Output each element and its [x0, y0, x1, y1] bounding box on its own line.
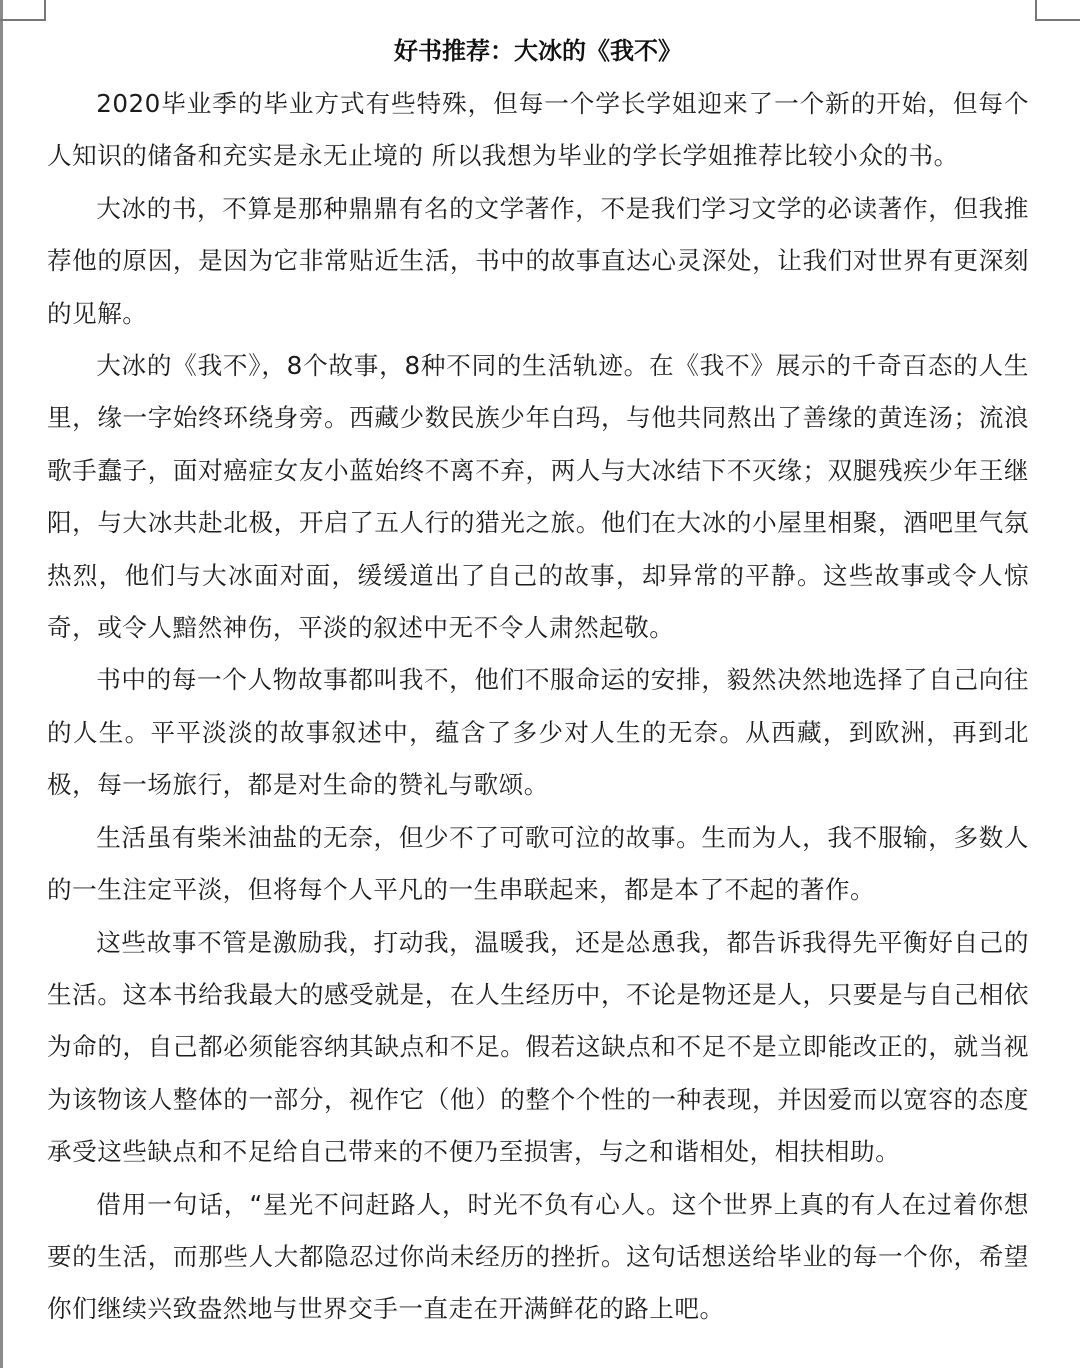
paragraph-3: 大冰的《我不》，8个故事，8种不同的生活轨迹。在《我不》展示的千奇百态的人生里，… [47, 340, 1029, 654]
paragraph-2: 大冰的书，不算是那种鼎鼎有名的文学著作，不是我们学习文学的必读著作，但我推荐他的… [47, 183, 1029, 340]
document-page: 好书推荐：大冰的《我不》 2020毕业季的毕业方式有些特殊，但每一个学长学姐迎来… [47, 30, 1029, 1336]
page-left-edge [0, 0, 3, 1368]
document-title: 好书推荐：大冰的《我不》 [47, 30, 1029, 72]
paragraph-1: 2020毕业季的毕业方式有些特殊，但每一个学长学姐迎来了一个新的开始，但每个人知… [47, 78, 1029, 183]
paragraph-4: 书中的每一个人物故事都叫我不，他们不服命运的安排，毅然决然地选择了自己向往的人生… [47, 654, 1029, 811]
paragraph-6: 这些故事不管是激励我，打动我，温暖我，还是怂恿我，都告诉我得先平衡好自己的生活。… [47, 917, 1029, 1179]
paragraph-7: 借用一句话，“星光不问赶路人，时光不负有心人。这个世界上真的有人在过着你想要的生… [47, 1179, 1029, 1336]
crop-mark-top-right [1035, 0, 1080, 21]
paragraph-5: 生活虽有柴米油盐的无奈，但少不了可歌可泣的故事。生而为人，我不服输，多数人的一生… [47, 812, 1029, 917]
crop-mark-top-left [0, 0, 46, 21]
